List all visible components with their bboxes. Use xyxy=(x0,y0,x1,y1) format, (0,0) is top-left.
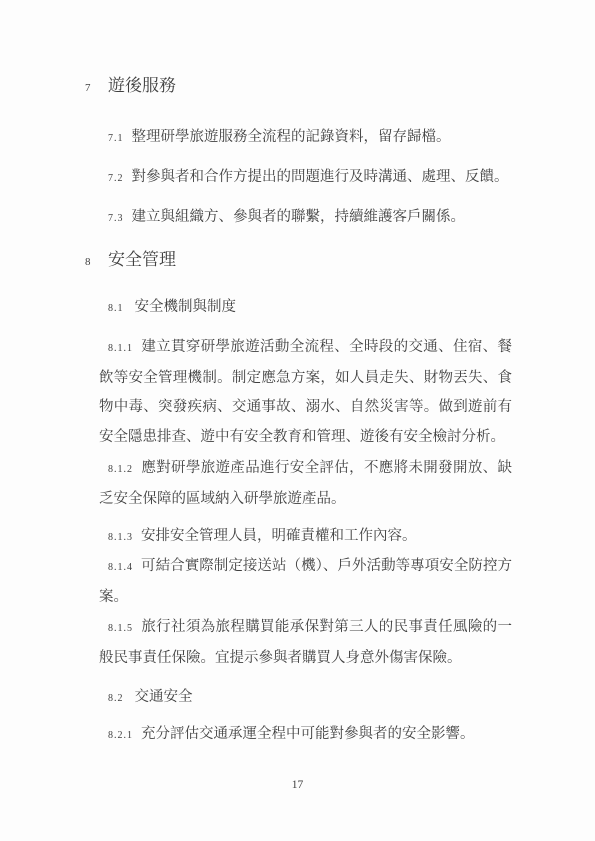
clause-8-1-3-text: 安排安全管理人員，明確責權和工作內容。 xyxy=(141,528,417,544)
document-page: 7遊後服務 7.1整理研學旅遊服務全流程的記錄資料，留存歸檔。 7.2對參與者和… xyxy=(0,0,595,841)
clause-8-1-4: 8.1.4可結合實際制定接送站（機）、戶外活動等專項安全防控方案。 xyxy=(99,552,512,612)
clause-8-1-2-number: 8.1.2 xyxy=(108,464,133,475)
clause-7-1-text: 整理研學旅遊服務全流程的記錄資料，留存歸檔。 xyxy=(132,129,451,145)
clause-8-1-5: 8.1.5旅行社須為旅程購買能承保對第三人的民事責任風險的一般民事責任保險。宜提… xyxy=(99,613,512,673)
clause-8-1-1-text: 建立貫穿研學旅遊活動全流程、全時段的交通、住宿、餐飲等安全管理機制。制定應急方案… xyxy=(99,339,512,445)
section-8-heading: 8安全管理 xyxy=(85,248,535,274)
clause-7-3: 7.3建立與組織方、參與者的聯繫，持續維護客戶關係。 xyxy=(99,203,512,234)
clause-8-1-5-number: 8.1.5 xyxy=(108,623,133,634)
clause-8-1-1-number: 8.1.1 xyxy=(108,343,133,354)
clause-8-1-3: 8.1.3安排安全管理人員，明確責權和工作內容。 xyxy=(99,522,512,553)
subsection-8-2-title: 交通安全 xyxy=(135,689,193,705)
subsection-8-1-title: 安全機制與制度 xyxy=(135,299,237,315)
page-number: 17 xyxy=(0,778,595,792)
clause-7-1: 7.1整理研學旅遊服務全流程的記錄資料，留存歸檔。 xyxy=(99,123,512,154)
clause-8-2-1: 8.2.1充分評估交通承運全程中可能對參與者的安全影響。 xyxy=(99,720,512,751)
subsection-8-2-heading: 8.2交通安全 xyxy=(99,683,512,714)
section-7-title: 遊後服務 xyxy=(108,76,176,95)
clause-8-1-5-text: 旅行社須為旅程購買能承保對第三人的民事責任風險的一般民事責任保險。宜提示參與者購… xyxy=(99,619,512,666)
section-7-heading: 7遊後服務 xyxy=(85,74,535,100)
clause-7-2-text: 對參與者和合作方提出的問題進行及時溝通、處理、反饋。 xyxy=(132,169,509,185)
clause-7-1-number: 7.1 xyxy=(108,133,124,144)
clause-7-2-number: 7.2 xyxy=(108,173,124,184)
clause-7-3-number: 7.3 xyxy=(108,213,124,224)
subsection-8-1-heading: 8.1安全機制與制度 xyxy=(99,293,512,324)
clause-8-1-4-text: 可結合實際制定接送站（機）、戶外活動等專項安全防控方案。 xyxy=(99,558,512,605)
clause-8-2-1-text: 充分評估交通承運全程中可能對參與者的安全影響。 xyxy=(141,726,475,742)
clause-8-1-4-number: 8.1.4 xyxy=(108,562,133,573)
clause-8-1-2: 8.1.2應對研學旅遊產品進行安全評估，不應將未開發開放、缺乏安全保障的區域納入… xyxy=(99,454,512,514)
clause-8-1-2-text: 應對研學旅遊產品進行安全評估，不應將未開發開放、缺乏安全保障的區域納入研學旅遊產… xyxy=(99,460,512,507)
section-8-title: 安全管理 xyxy=(108,250,176,269)
clause-8-1-1: 8.1.1建立貫穿研學旅遊活動全流程、全時段的交通、住宿、餐飲等安全管理機制。制… xyxy=(99,333,512,452)
clause-7-2: 7.2對參與者和合作方提出的問題進行及時溝通、處理、反饋。 xyxy=(99,163,512,194)
section-7-number: 7 xyxy=(85,76,108,100)
clause-8-1-3-number: 8.1.3 xyxy=(108,532,133,543)
subsection-8-2-number: 8.2 xyxy=(108,693,124,704)
clause-8-2-1-number: 8.2.1 xyxy=(108,730,133,741)
clause-7-3-text: 建立與組織方、參與者的聯繫，持續維護客戶關係。 xyxy=(132,209,466,225)
section-8-number: 8 xyxy=(85,250,108,274)
subsection-8-1-number: 8.1 xyxy=(108,303,124,314)
